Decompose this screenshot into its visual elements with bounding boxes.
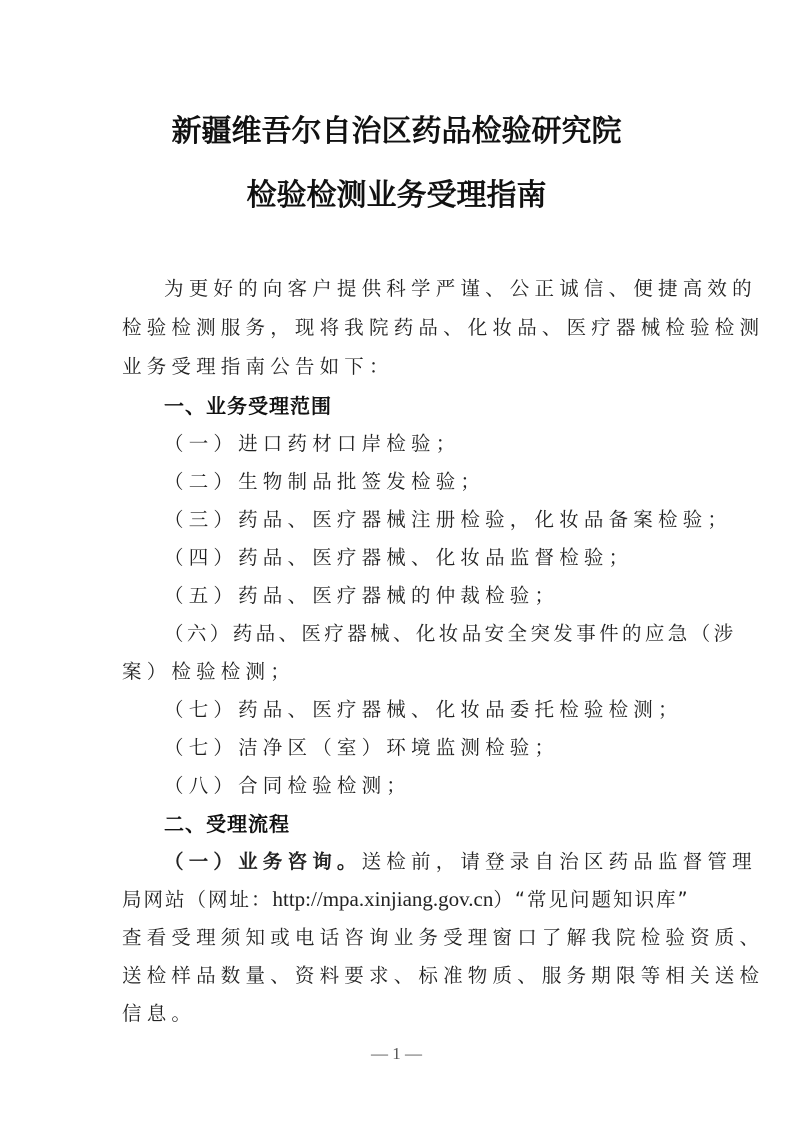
scope-item-4: （四）药品、医疗器械、化妆品监督检验； <box>164 542 719 570</box>
section1-heading: 一、业务受理范围 <box>164 390 719 419</box>
scope-item-2: （二）生物制品批签发检验； <box>164 466 719 494</box>
process-para-text: 送检前，请登录自治区药品监督管理 <box>362 850 757 873</box>
process-para-line-2: 局网站（网址：http://mpa.xinjiang.gov.cn）“常见问题知… <box>122 884 677 912</box>
url-prefix: 局网站（网址： <box>122 888 273 911</box>
intro-line-3: 业务受理指南公告如下： <box>122 351 677 379</box>
process-para-line-5: 信息。 <box>122 998 677 1026</box>
process-para-line-3: 查看受理须知或电话咨询业务受理窗口了解我院检验资质、 <box>122 922 677 950</box>
scope-item-6: （六）药品、医疗器械、化妆品安全突发事件的应急（涉 <box>164 618 719 646</box>
document-title-line2: 检验检测业务受理指南 <box>0 170 793 214</box>
page-number: — 1 — <box>0 1044 793 1064</box>
intro-line-1: 为更好的向客户提供科学严谨、公正诚信、便捷高效的 <box>164 273 719 301</box>
scope-item-5: （五）药品、医疗器械的仲裁检验； <box>164 580 719 608</box>
process-para-line-4: 送检样品数量、资料要求、标准物质、服务期限等相关送检 <box>122 960 677 988</box>
url-suffix: ）“常见问题知识库” <box>493 888 689 911</box>
scope-item-6-cont: 案）检验检测； <box>122 656 677 684</box>
scope-item-8: （八）合同检验检测； <box>164 770 719 798</box>
intro-line-2: 检验检测服务，现将我院药品、化妆品、医疗器械检验检测 <box>122 312 677 340</box>
process-para-line-1: （一）业务咨询。送检前，请登录自治区药品监督管理 <box>164 846 719 874</box>
scope-item-1: （一）进口药材口岸检验； <box>164 428 719 456</box>
document-title-line1: 新疆维吾尔自治区药品检验研究院 <box>0 106 793 150</box>
scope-item-7: （七）药品、医疗器械、化妆品委托检验检测； <box>164 694 719 722</box>
scope-item-7b: （七）洁净区（室）环境监测检验； <box>164 732 719 760</box>
process-step-label: （一）业务咨询。 <box>164 850 362 873</box>
section2-heading: 二、受理流程 <box>164 808 719 837</box>
website-url[interactable]: http://mpa.xinjiang.gov.cn <box>273 887 494 911</box>
scope-item-3: （三）药品、医疗器械注册检验，化妆品备案检验； <box>164 504 719 532</box>
